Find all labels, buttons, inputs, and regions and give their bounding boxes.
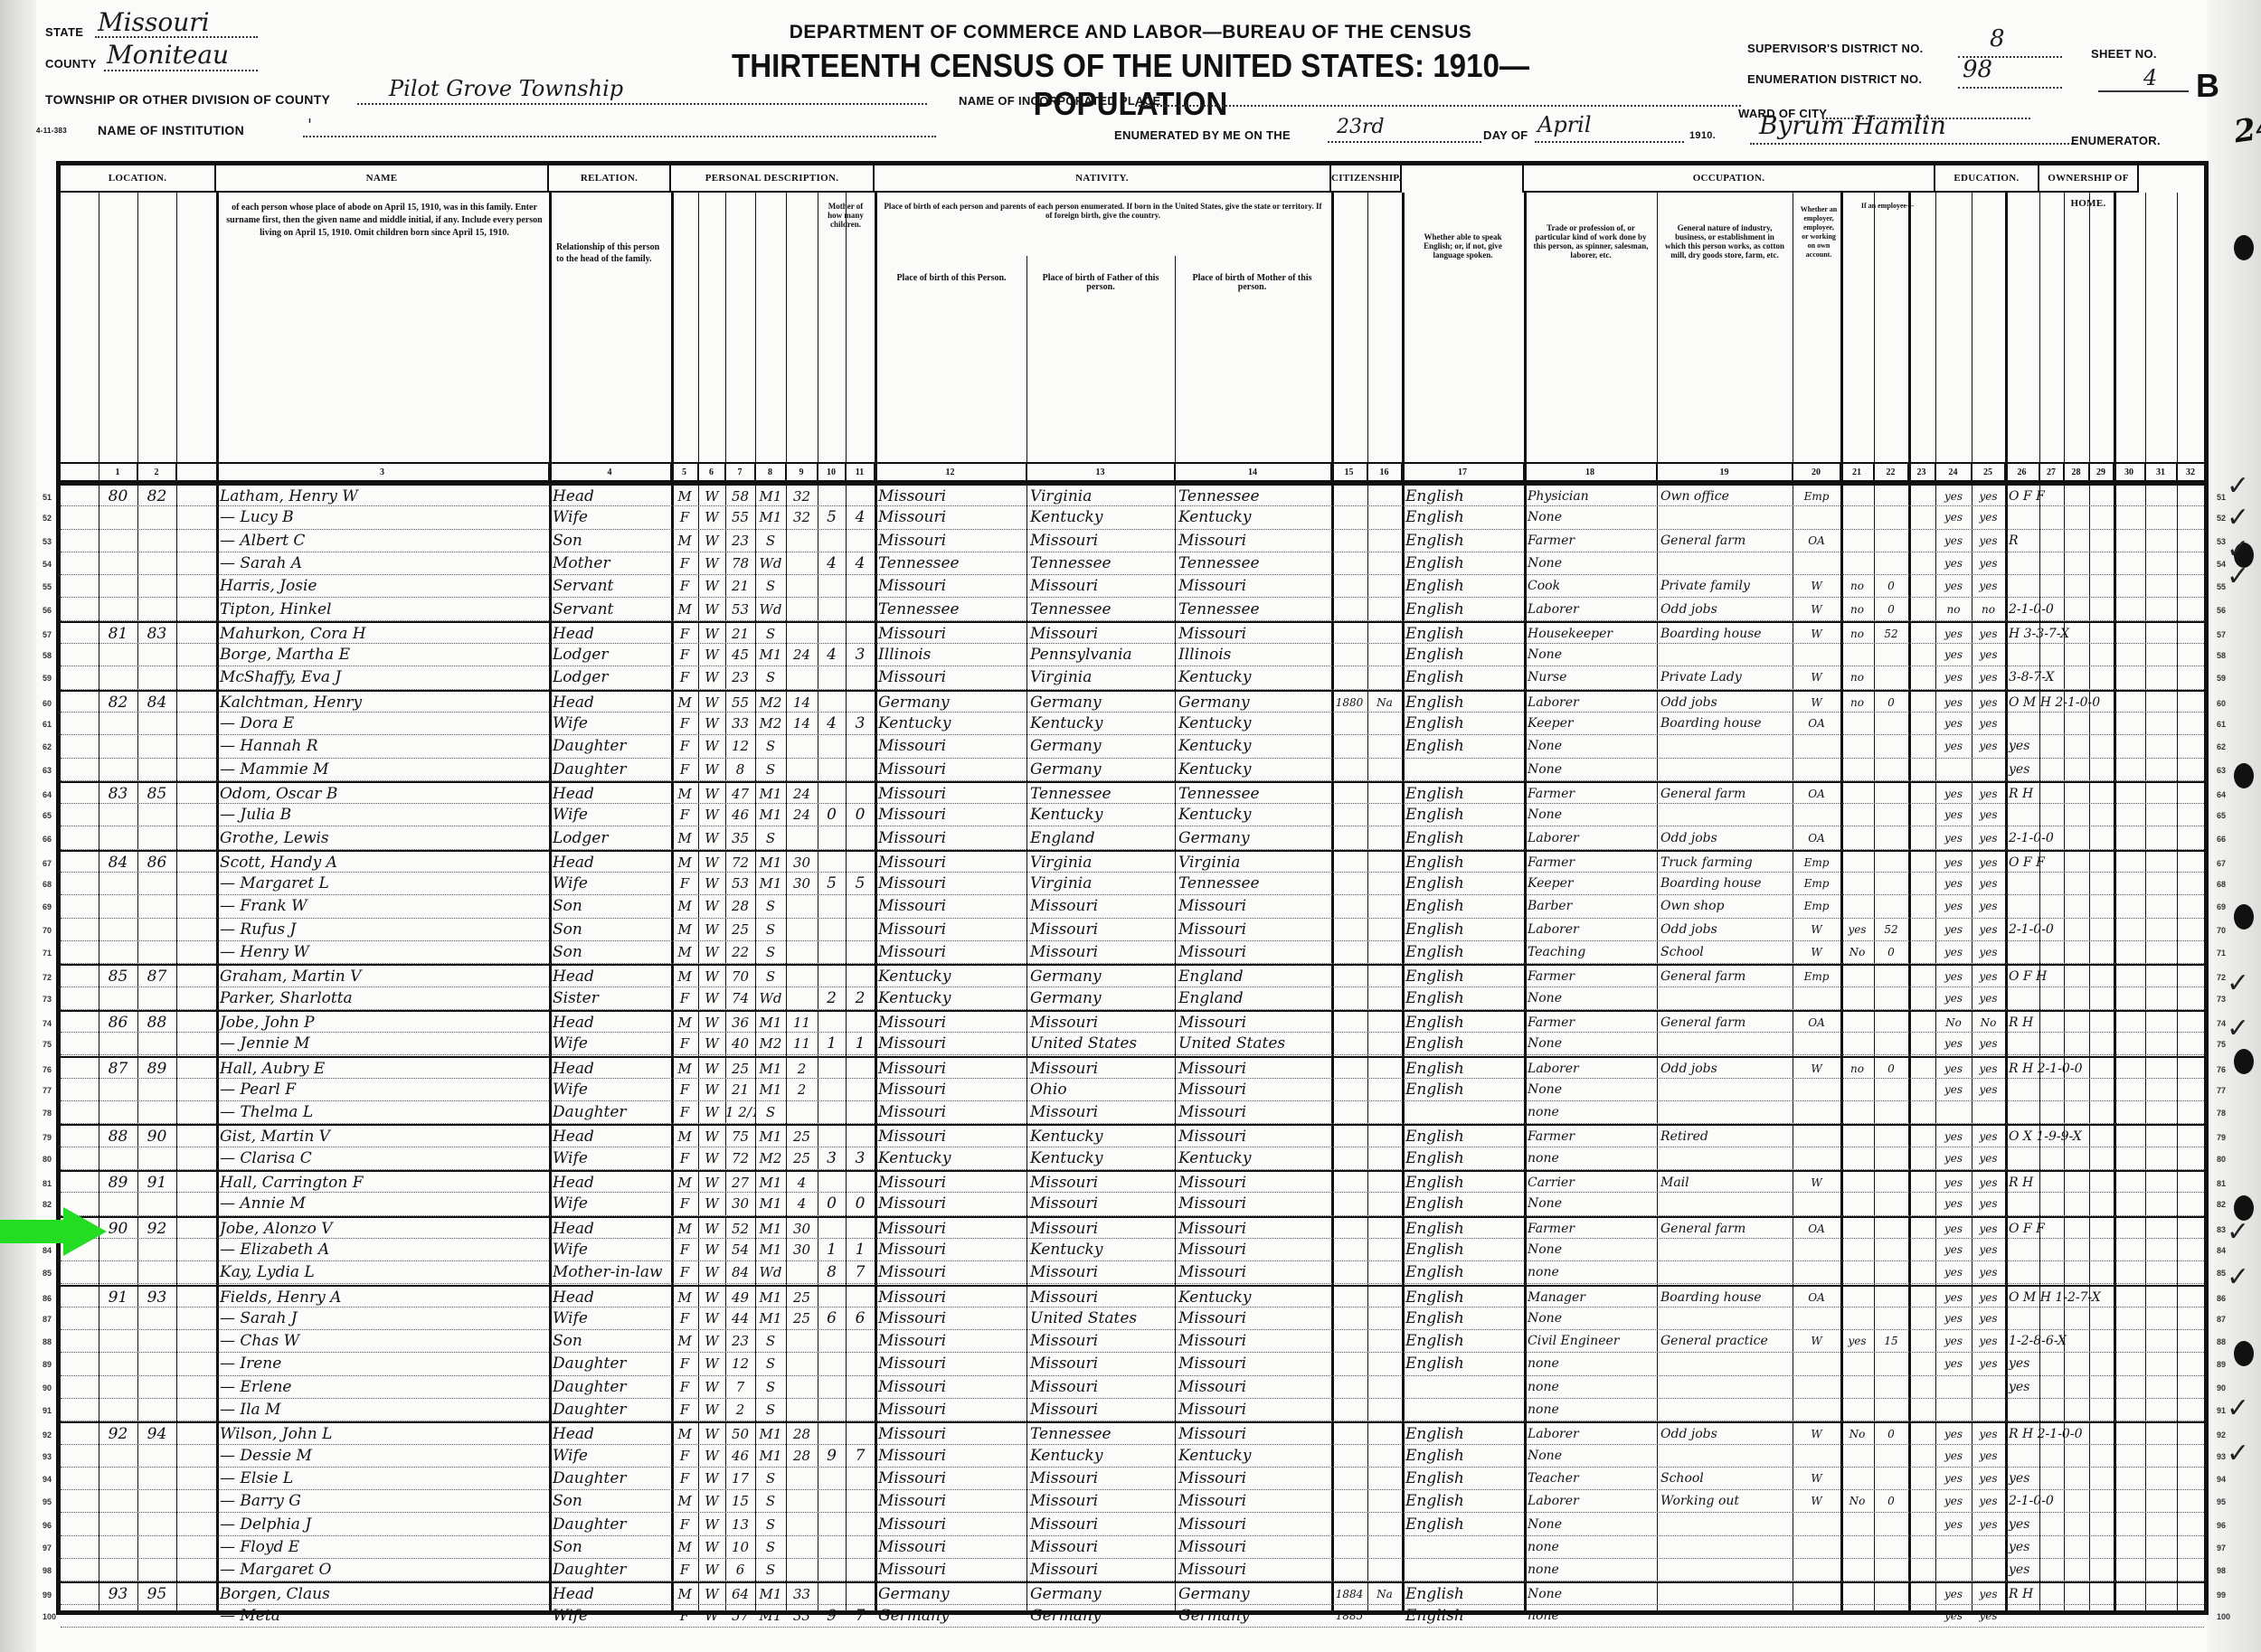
cell-pob-f: Missouri (1026, 1012, 1175, 1034)
cell-race: W (698, 692, 725, 714)
cell-rel: Head (549, 852, 671, 874)
cell-living: 7 (846, 1445, 875, 1468)
cell-race: W (698, 987, 725, 1010)
cell-yes1: yes (1935, 1445, 1972, 1468)
cell-sex: M (671, 852, 698, 874)
line-number-left: 81 (43, 1179, 52, 1188)
cell-yes2 (1972, 1101, 2005, 1124)
cell-pob-f: Germany (1026, 1605, 1175, 1628)
cell-pob-f: Missouri (1026, 1353, 1175, 1375)
cell-age: 8 (725, 759, 755, 781)
cell-rel: Son (549, 941, 671, 964)
punch-hole (2234, 1341, 2254, 1366)
line-number-right: 69 (2217, 902, 2226, 911)
cell-own (2005, 941, 2204, 964)
cell-imm (1331, 783, 1367, 806)
cell-yrs (786, 530, 818, 552)
cell-rel: Wife (549, 1239, 671, 1261)
cell-own (2005, 873, 2204, 895)
cell-eng: English (1402, 852, 1524, 874)
line-number-right: 83 (2217, 1225, 2226, 1234)
cell-yes1 (1935, 1559, 1972, 1581)
cell-pob-f: Virginia (1026, 852, 1175, 874)
cell-eng: English (1402, 941, 1524, 964)
line-number-left: 75 (43, 1040, 52, 1049)
cell-name: Scott, Handy A (216, 852, 549, 874)
cell-rel: Mother (549, 552, 671, 575)
cell-imm (1331, 1058, 1367, 1081)
cell-age: 27 (725, 1172, 755, 1194)
cell-yes2: yes (1972, 1261, 2005, 1284)
cell-pob: Kentucky (875, 966, 1026, 988)
cell-sex: F (671, 552, 698, 575)
cell-age: 47 (725, 783, 755, 806)
cell-ind: Odd jobs (1657, 599, 1793, 621)
cell-nat (1367, 1147, 1402, 1170)
cell-ms: S (755, 1330, 786, 1353)
cell-ind: Mail (1657, 1172, 1793, 1194)
cell-emp: W (1793, 623, 1840, 646)
cell-trade: Farmer (1524, 1012, 1657, 1034)
cell-own (2005, 1101, 2204, 1124)
cell-emp (1793, 506, 1840, 529)
cell-imm (1331, 506, 1367, 529)
cell-pob-f: Missouri (1026, 919, 1175, 941)
cell-own: R H (2005, 783, 2204, 806)
county-label: COUNTY (45, 57, 97, 71)
cell-ms: S (755, 1468, 786, 1490)
cell-ind (1657, 1376, 1793, 1399)
table-row: — Mammie MDaughterFW8SMissouriGermanyKen… (61, 759, 2204, 781)
cell-rel: Wife (549, 1193, 671, 1215)
line-number-left: 80 (43, 1155, 52, 1164)
cell-ms: Wd (755, 1261, 786, 1284)
cell-yes1: No (1935, 1012, 1972, 1034)
cell-race: W (698, 1147, 725, 1170)
cell-dw (99, 1445, 137, 1468)
table-row: — Dessie MWifeFW46M12897MissouriKentucky… (61, 1445, 2204, 1468)
cell-nat (1367, 1559, 1402, 1581)
cell-nat (1367, 1261, 1402, 1284)
cell-dw: 84 (99, 852, 137, 874)
cell-living (846, 1559, 875, 1581)
cell-nat (1367, 1193, 1402, 1215)
check-mark-icon: ✓ (2227, 1438, 2249, 1469)
cell-own: yes (2005, 1514, 2204, 1536)
cell-trade: None (1524, 987, 1657, 1010)
cell-yes2: yes (1972, 1605, 2005, 1628)
industry-column-header: General nature of industry, business, or… (1661, 220, 1788, 263)
enumeration-district-value: 98 (1963, 56, 1992, 83)
table-row: — MetaWifeFW57M13397GermanyGermanyGerman… (61, 1605, 2204, 1628)
cell-pob-m: Missouri (1175, 1468, 1331, 1490)
cell-age: 55 (725, 692, 755, 714)
line-number-right: 52 (2217, 514, 2226, 523)
cell-name: Jobe, Alonzo V (216, 1218, 549, 1241)
cell-race: W (698, 1307, 725, 1330)
cell-trade: none (1524, 1559, 1657, 1581)
cell-living (846, 666, 875, 689)
line-number-left: 87 (43, 1315, 52, 1324)
cell-imm (1331, 735, 1367, 758)
cell-own (2005, 1605, 2204, 1628)
cell-dw (99, 827, 137, 850)
cell-w22 (1874, 1287, 1908, 1309)
cell-nat (1367, 599, 1402, 621)
cell-emp: Emp (1793, 852, 1840, 874)
cell-age: 33 (725, 713, 755, 735)
cell-rel: Daughter (549, 1376, 671, 1399)
cell-yes1: yes (1935, 1468, 1972, 1490)
cell-w21 (1840, 486, 1874, 508)
cell-yes2: yes (1972, 895, 2005, 918)
cell-name: — Delphia J (216, 1514, 549, 1536)
cell-yes1 (1935, 1399, 1972, 1421)
cell-pob: Missouri (875, 1514, 1026, 1536)
cell-fam (137, 1101, 176, 1124)
cell-rel: Wife (549, 506, 671, 529)
cell-trade: none (1524, 1261, 1657, 1284)
cell-yrs (786, 1514, 818, 1536)
cell-emp: OA (1793, 713, 1840, 735)
name-column-description: of each person whose place of abode on A… (222, 198, 547, 361)
cell-age: 12 (725, 1353, 755, 1375)
cell-race: W (698, 1287, 725, 1309)
line-number-right: 55 (2217, 582, 2226, 591)
cell-trade: Laborer (1524, 827, 1657, 850)
cell-born (818, 1423, 846, 1446)
cell-w21 (1840, 530, 1874, 552)
cell-fam (137, 1353, 176, 1375)
cell-own: 2-1-0-0 (2005, 1490, 2204, 1513)
cell-pob: Kentucky (875, 987, 1026, 1010)
cell-born (818, 941, 846, 964)
line-number-right: 75 (2217, 1040, 2226, 1049)
cell-rel: Lodger (549, 827, 671, 850)
line-number-right: 60 (2217, 699, 2226, 708)
check-mark-icon: ✓ (2227, 1392, 2249, 1424)
cell-yes2: no (1972, 599, 2005, 621)
cell-ms: M2 (755, 692, 786, 714)
cell-yes2 (1972, 1399, 2005, 1421)
cell-nat (1367, 623, 1402, 646)
cell-pob: Germany (875, 1605, 1026, 1628)
cell-dw (99, 1490, 137, 1513)
cell-emp: Emp (1793, 486, 1840, 508)
institution-value: ' (307, 116, 312, 135)
cell-pob-m: Missouri (1175, 1012, 1331, 1034)
cell-imm (1331, 1079, 1367, 1101)
department-heading: DEPARTMENT OF COMMERCE AND LABOR—BUREAU … (760, 22, 1501, 43)
cell-age: 46 (725, 1445, 755, 1468)
cell-race: W (698, 1261, 725, 1284)
cell-imm (1331, 1239, 1367, 1261)
table-row: — IreneDaughterFW12SMissouriMissouriMiss… (61, 1353, 2204, 1375)
cell-eng: English (1402, 1330, 1524, 1353)
cell-living (846, 1172, 875, 1194)
line-number-left: 86 (43, 1294, 52, 1303)
table-row: — Frank WSonMW28SMissouriMissouriMissour… (61, 895, 2204, 918)
cell-imm (1331, 1399, 1367, 1421)
cell-trade: Farmer (1524, 1218, 1657, 1241)
cell-emp: W (1793, 1468, 1840, 1490)
cell-rel: Daughter (549, 735, 671, 758)
cell-living (846, 919, 875, 941)
enumerated-label: ENUMERATED BY ME ON THE (1114, 128, 1291, 142)
cell-eng: English (1402, 1079, 1524, 1101)
cell-pob-f: Missouri (1026, 1514, 1175, 1536)
cell-pob: Missouri (875, 1287, 1026, 1309)
cell-dw (99, 1079, 137, 1101)
cell-nat (1367, 1514, 1402, 1536)
cell-w22 (1874, 804, 1908, 826)
cell-trade: Farmer (1524, 530, 1657, 552)
cell-rel: Head (549, 1172, 671, 1194)
group-nativity: NATIVITY. (875, 165, 1331, 193)
cell-emp: Emp (1793, 895, 1840, 918)
cell-race: W (698, 575, 725, 598)
cell-ind (1657, 735, 1793, 758)
cell-trade: None (1524, 506, 1657, 529)
cell-pob: Germany (875, 1583, 1026, 1606)
cell-own: 3-8-7-X (2005, 666, 2204, 689)
cell-race: W (698, 919, 725, 941)
cell-trade: none (1524, 1376, 1657, 1399)
cell-eng: English (1402, 919, 1524, 941)
line-number-left: 92 (43, 1430, 52, 1440)
cell-age: 70 (725, 966, 755, 988)
cell-sex: F (671, 1261, 698, 1284)
cell-dw (99, 987, 137, 1010)
cell-pob-m: Missouri (1175, 1423, 1331, 1446)
cell-nat: Na (1367, 692, 1402, 714)
cell-eng: English (1402, 713, 1524, 735)
cell-yes2: yes (1972, 852, 2005, 874)
line-number-right: 92 (2217, 1430, 2226, 1440)
cell-yrs (786, 827, 818, 850)
cell-race: W (698, 1079, 725, 1101)
table-row: — Jennie MWifeFW40M21111MissouriUnited S… (61, 1033, 2204, 1055)
cell-sex: F (671, 1079, 698, 1101)
cell-rel: Wife (549, 713, 671, 735)
cell-ind (1657, 1307, 1793, 1330)
cell-ms: M1 (755, 1605, 786, 1628)
cell-race: W (698, 1172, 725, 1194)
cell-race: W (698, 623, 725, 646)
cell-emp: OA (1793, 1012, 1840, 1034)
cell-race: W (698, 1514, 725, 1536)
cell-sex: F (671, 1399, 698, 1421)
cell-yrs: 25 (786, 1307, 818, 1330)
cell-sex: M (671, 1536, 698, 1559)
enumerated-day: 23rd (1337, 116, 1385, 138)
cell-trade: None (1524, 1079, 1657, 1101)
cell-ind: Private Lady (1657, 666, 1793, 689)
cell-trade: none (1524, 1101, 1657, 1124)
cell-living (846, 599, 875, 621)
cell-race: W (698, 530, 725, 552)
cell-nat (1367, 1058, 1402, 1081)
cell-pob: Germany (875, 692, 1026, 714)
cell-eng: English (1402, 804, 1524, 826)
line-number-left: 53 (43, 537, 52, 546)
cell-name: — Chas W (216, 1330, 549, 1353)
cell-w22 (1874, 1218, 1908, 1241)
cell-w21: no (1840, 692, 1874, 714)
cell-fam (137, 1330, 176, 1353)
cell-yes2: yes (1972, 1468, 2005, 1490)
cell-trade: Laborer (1524, 1423, 1657, 1446)
cell-born: 6 (818, 1307, 846, 1330)
line-number-right: 54 (2217, 560, 2226, 569)
state-label: STATE (45, 25, 83, 39)
cell-yes2: yes (1972, 1126, 2005, 1148)
cell-ms: S (755, 1514, 786, 1536)
cell-dw (99, 644, 137, 666)
cell-trade: None (1524, 1307, 1657, 1330)
cell-name: — Lucy B (216, 506, 549, 529)
cell-yrs: 30 (786, 1239, 818, 1261)
cell-trade: Farmer (1524, 783, 1657, 806)
cell-imm (1331, 873, 1367, 895)
cell-emp (1793, 1605, 1840, 1628)
cell-trade: none (1524, 1605, 1657, 1628)
cell-yes2: yes (1972, 486, 2005, 508)
line-number-right: 81 (2217, 1179, 2226, 1188)
cell-yrs: 30 (786, 1218, 818, 1241)
cell-nat (1367, 666, 1402, 689)
table-row: 8082Latham, Henry WHeadMW58M132MissouriV… (61, 484, 2204, 506)
cell-pob-f: Tennessee (1026, 552, 1175, 575)
line-number-left: 55 (43, 582, 52, 591)
cell-sex: M (671, 895, 698, 918)
cell-age: 21 (725, 623, 755, 646)
cell-imm: 1885 (1331, 1605, 1367, 1628)
cell-name: — Thelma L (216, 1101, 549, 1124)
cell-age: 49 (725, 1287, 755, 1309)
table-row: — Julia BWifeFW46M12400MissouriKentuckyK… (61, 804, 2204, 826)
cell-trade: Laborer (1524, 599, 1657, 621)
cell-fam: 93 (137, 1287, 176, 1309)
cell-ind (1657, 1239, 1793, 1261)
check-mark-icon: ✓ (2227, 1216, 2249, 1248)
cell-name: — Irene (216, 1353, 549, 1375)
cell-emp: W (1793, 1330, 1840, 1353)
cell-yrs: 2 (786, 1058, 818, 1081)
line-number-left: 100 (43, 1612, 56, 1621)
cell-ms: M1 (755, 852, 786, 874)
cell-sex: M (671, 1126, 698, 1148)
cell-trade: Laborer (1524, 692, 1657, 714)
cell-fam: 84 (137, 692, 176, 714)
line-number-left: 52 (43, 514, 52, 523)
cell-living (846, 1126, 875, 1148)
cell-ms: M1 (755, 1012, 786, 1034)
cell-race: W (698, 1423, 725, 1446)
cell-age: 25 (725, 1058, 755, 1081)
cell-imm (1331, 1218, 1367, 1241)
cell-trade: None (1524, 1239, 1657, 1261)
cell-yes2: yes (1972, 987, 2005, 1010)
cell-emp (1793, 1101, 1840, 1124)
cell-w22: 52 (1874, 919, 1908, 941)
cell-rel: Servant (549, 599, 671, 621)
cell-name: Mahurkon, Cora H (216, 623, 549, 646)
cell-nat (1367, 987, 1402, 1010)
cell-rel: Head (549, 1218, 671, 1241)
line-number-left: 78 (43, 1109, 52, 1118)
cell-race: W (698, 1353, 725, 1375)
line-number-right: 70 (2217, 926, 2226, 935)
cell-born (818, 1079, 846, 1101)
cell-w22: 0 (1874, 599, 1908, 621)
cell-name: — Meta (216, 1605, 549, 1628)
cell-fam (137, 735, 176, 758)
cell-w21 (1840, 759, 1874, 781)
cell-emp (1793, 1307, 1840, 1330)
cell-ms: M2 (755, 713, 786, 735)
table-row: 8688Jobe, John PHeadMW36M111MissouriMiss… (61, 1010, 2204, 1033)
cell-race: W (698, 1490, 725, 1513)
cell-pob-m: Missouri (1175, 1490, 1331, 1513)
cell-pob-m: Missouri (1175, 1307, 1331, 1330)
birthplace-father-header: Place of birth of Father of this person. (1028, 256, 1173, 296)
cell-yrs (786, 575, 818, 598)
cell-own (2005, 1307, 2204, 1330)
cell-dw: 83 (99, 783, 137, 806)
cell-nat (1367, 1605, 1402, 1628)
cell-emp (1793, 1399, 1840, 1421)
cell-imm (1331, 486, 1367, 508)
cell-imm (1331, 919, 1367, 941)
cell-yes2: yes (1972, 966, 2005, 988)
cell-w21: no (1840, 623, 1874, 646)
cell-emp (1793, 1376, 1840, 1399)
cell-pob: Missouri (875, 1376, 1026, 1399)
cell-sex: F (671, 1101, 698, 1124)
cell-trade: Farmer (1524, 852, 1657, 874)
cell-ms: M1 (755, 873, 786, 895)
cell-w21 (1840, 1261, 1874, 1284)
cell-trade: None (1524, 1445, 1657, 1468)
cell-w22 (1874, 1399, 1908, 1421)
cell-w22 (1874, 1445, 1908, 1468)
cell-yrs: 33 (786, 1605, 818, 1628)
table-row: Parker, SharlottaSisterFW74Wd22KentuckyG… (61, 987, 2204, 1010)
cell-dw (99, 575, 137, 598)
cell-fam (137, 895, 176, 918)
cell-eng: English (1402, 1239, 1524, 1261)
enumeration-district-label: ENUMERATION DISTRICT NO. (1747, 72, 1922, 86)
cell-emp (1793, 1583, 1840, 1606)
cell-ms: M1 (755, 783, 786, 806)
cell-pob-m: Germany (1175, 1605, 1331, 1628)
cell-fam: 92 (137, 1218, 176, 1241)
cell-ind: Own shop (1657, 895, 1793, 918)
cell-yes2: yes (1972, 1353, 2005, 1375)
cell-w21 (1840, 1147, 1874, 1170)
cell-yes2: yes (1972, 873, 2005, 895)
cell-w21: no (1840, 666, 1874, 689)
cell-ms: S (755, 759, 786, 781)
cell-pob-f: Missouri (1026, 1287, 1175, 1309)
cell-ms: S (755, 1559, 786, 1581)
cell-pob: Missouri (875, 804, 1026, 826)
line-number-left: 71 (43, 949, 52, 958)
cell-imm (1331, 1423, 1367, 1446)
cell-yes1: yes (1935, 966, 1972, 988)
cell-w22 (1874, 552, 1908, 575)
